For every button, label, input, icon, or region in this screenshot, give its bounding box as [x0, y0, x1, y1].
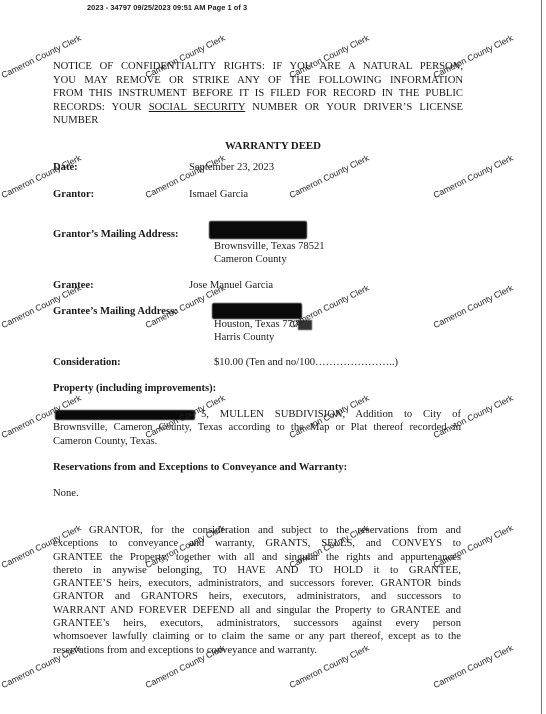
paragraph-line: WARRANT AND FOREVER DEFEND all and singu… [53, 604, 461, 617]
page-edge-line [541, 0, 542, 714]
watermark-text: Cameron County Clerk [288, 153, 371, 200]
notice-line: FROM THIS INSTRUMENT BEFORE IT IS FILED … [53, 87, 463, 101]
paragraph-line: whomsoever lawfully claiming or to claim… [53, 630, 461, 643]
watermark-text: Cameron County Clerk [0, 643, 83, 690]
property-line: 5, MULLEN SUBDIVISION, Addition to City … [53, 408, 461, 421]
watermark-text: Cameron County Clerk [432, 283, 515, 330]
property-line: Cameron County, Texas. [53, 435, 461, 448]
paragraph-line: GRANTOR and GRANTORS heirs, executors, a… [53, 590, 461, 603]
grantor-address-label: Grantor’s Mailing Address: [53, 229, 179, 240]
notice-text: NUMBER OR YOUR DRIVER’S LICENSE [245, 102, 463, 113]
reservations-heading: Reservations from and Exceptions to Conv… [53, 462, 347, 473]
paragraph-line: exceptions to conveyance and warranty, G… [53, 537, 461, 550]
recording-stamp: 2023 - 34797 09/25/2023 09:51 AM Page 1 … [87, 3, 247, 12]
paragraph-line: GRANTEE’s heirs, executors, administrato… [53, 617, 461, 630]
redaction-block [209, 221, 307, 239]
paragraph-line: reservations from and exceptions to conv… [53, 644, 461, 657]
watermark-text: Cameron County Clerk [432, 33, 515, 80]
grantor-address-city: Brownsville, Texas 78521 [214, 241, 325, 252]
grantee-value: Jose Manuel Garcia [189, 280, 273, 291]
document-title: WARRANTY DEED [0, 140, 546, 152]
notice-line: RECORDS: YOUR SOCIAL SECURITY NUMBER OR … [53, 101, 463, 115]
property-description: 5, MULLEN SUBDIVISION, Addition to City … [53, 408, 461, 448]
grantor-value: Ismael Garcia [189, 189, 248, 200]
notice-line: NOTICE OF CONFIDENTIALITY RIGHTS: IF YOU… [53, 60, 463, 74]
watermark-text: Cameron County Clerk [432, 153, 515, 200]
paragraph-line: GRANTEE’S heirs, executors, administrato… [53, 577, 461, 590]
notice-line: YOU MAY REMOVE OR STRIKE ANY OF THE FOLL… [53, 74, 463, 88]
conveyance-paragraph: GRANTOR, for the consideration and subje… [53, 524, 461, 657]
redaction-block [212, 303, 302, 319]
grantor-label: Grantor: [53, 189, 94, 200]
notice-line: NUMBER [53, 114, 463, 128]
reservations-value: None. [53, 488, 79, 499]
property-line: Brownsville, Cameron County, Texas accor… [53, 421, 461, 434]
paragraph-line: GRANTEE the Property, together with all … [53, 551, 461, 564]
paragraph-line: GRANTOR, for the consideration and subje… [53, 524, 461, 537]
grantee-address-county: Harris County [214, 332, 274, 343]
consideration-label: Consideration: [53, 357, 121, 368]
paragraph-line: thereto in anywise belonging, TO HAVE AN… [53, 564, 461, 577]
notice-underlined-text: SOCIAL SECURITY [149, 102, 245, 113]
confidentiality-notice: NOTICE OF CONFIDENTIALITY RIGHTS: IF YOU… [53, 60, 463, 128]
consideration-value: $10.00 (Ten and no/100…………………..) [214, 357, 398, 368]
notice-text: RECORDS: YOUR [53, 102, 149, 113]
grantor-address-county: Cameron County [214, 254, 287, 265]
